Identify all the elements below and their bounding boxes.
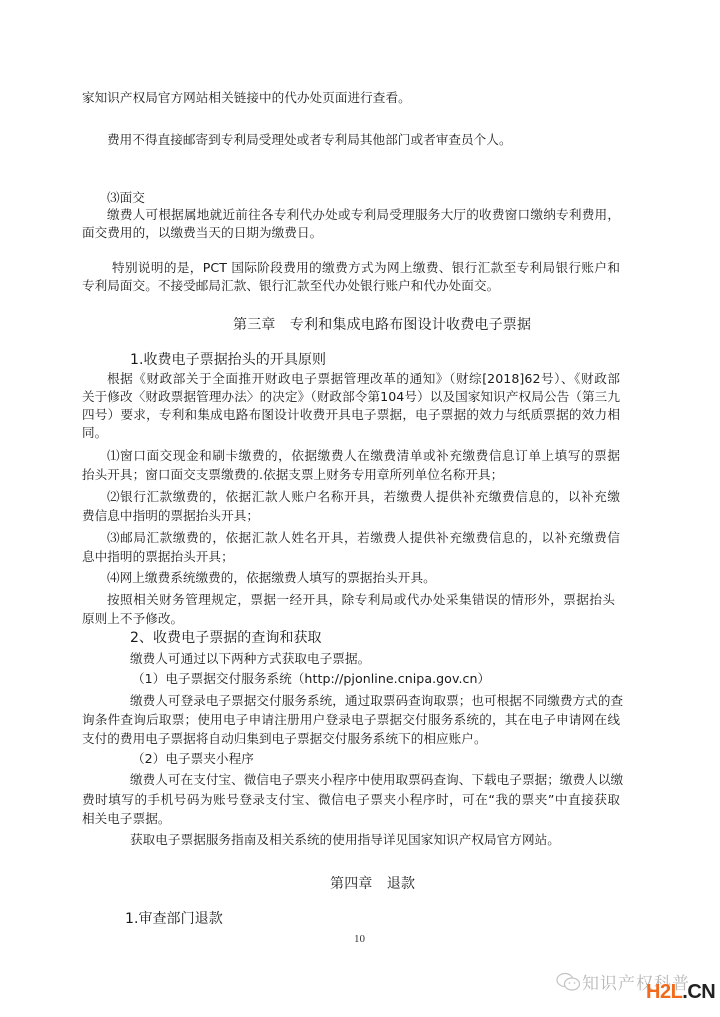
section-heading: 1.审查部门退款 xyxy=(125,911,223,927)
list-item-line: ⑶邮局汇款缴费的，依据汇款人姓名开具，若缴费人提供补充缴费信息的，以补充缴费信 xyxy=(82,530,620,546)
section-heading: 2、收费电子票据的查询和获取 xyxy=(130,630,322,646)
paragraph-line: 按照相关财务管理规定，票据一经开具，除专利局或代办处采集错误的情形外，票据抬头 xyxy=(82,592,615,608)
page-number: 10 xyxy=(354,933,365,945)
paragraph-line: 缴费人可在支付宝、微信电子票夹小程序中使用取票码查询、下载电子票据；缴费人以缴 xyxy=(82,772,620,788)
chapter-title: 第四章 退款 xyxy=(330,876,415,892)
watermark-brand-dark: .CN xyxy=(682,981,715,1003)
paragraph-line: 费时填写的手机号码为账号登录支付宝、微信电子票夹小程序时，可在“我的票夹”中直接… xyxy=(82,792,620,808)
subsection-heading: （1）电子票据交付服务系统（http://pjonline.cnipa.gov.… xyxy=(132,671,490,687)
wechat-icon xyxy=(556,971,582,993)
list-item-line: ⑴窗口面交现金和刷卡缴费的，依据缴费人在缴费清单或补充缴费信息订单上填写的票据 xyxy=(82,448,620,464)
paragraph-line: 面交费用的，以缴费当天的日期为缴费日。 xyxy=(82,225,322,241)
paragraph-line: 特别说明的是，PCT 国际阶段费用的缴费方式为网上缴费、银行汇款至专利局银行账户… xyxy=(82,260,620,276)
paragraph-line: 家知识产权局官方网站相关链接中的代办处页面进行查看。 xyxy=(82,90,411,106)
paragraph-line: 关于修改〈财政票据管理办法〉的决定》（财政部令第104号）以及国家知识产权局公告… xyxy=(82,389,620,405)
paragraph-line: 根据《财政部关于全面推开财政电子票据管理改革的通知》（财综[2018]62号）、… xyxy=(82,371,620,387)
watermark-site-logo: H2L.CN xyxy=(646,981,715,1004)
paragraph-line: 支付的费用电子票据将自动归集到电子票据交付服务系统下的相应账户。 xyxy=(82,731,487,747)
list-item-line: ⑷网上缴费系统缴费的，依据缴费人填写的票据抬头开具。 xyxy=(107,570,436,586)
paragraph-line: 专利局面交。不接受邮局汇款、银行汇款至代办处银行账户和代办处面交。 xyxy=(82,278,499,294)
list-item-line: 息中指明的票据抬头开具； xyxy=(82,549,234,565)
list-item-line: ⑵银行汇款缴费的，依据汇款人账户名称开具，若缴费人提供补充缴费信息的，以补充缴 xyxy=(82,489,620,505)
watermark-brand-orange: H2L xyxy=(646,981,682,1003)
chapter-title: 第三章 专利和集成电路布图设计收费电子票据 xyxy=(233,317,531,333)
watermark: 知识产权科普 H2L.CN xyxy=(556,967,716,1007)
paragraph-line: 相关电子票据。 xyxy=(82,811,171,827)
paragraph-line: 获取电子票据服务指南及相关系统的使用指导详见国家知识产权局官方网站。 xyxy=(130,832,560,848)
paragraph-line: 费用不得直接邮寄到专利局受理处或者专利局其他部门或者审查员个人。 xyxy=(107,132,512,148)
paragraph-line: 四号）要求，专利和集成电路布图设计收费开具电子票据，电子票据的效力与纸质票据的效… xyxy=(82,407,620,423)
paragraph-line: 缴费人可根据属地就近前往各专利代办处或专利局受理服务大厅的收费窗口缴纳专利费用， xyxy=(82,207,620,223)
paragraph-line: 询条件查询后取票；使用电子申请注册用户登录电子票据交付服务系统的，其在电子申请网… xyxy=(82,712,620,728)
list-item-line: 费信息中指明的票据抬头开具； xyxy=(82,508,259,524)
subsection-heading: （2）电子票夹小程序 xyxy=(132,751,254,767)
paragraph-line: 缴费人可通过以下两种方式获取电子票据。 xyxy=(130,651,370,667)
subsection-heading: ⑶面交 xyxy=(107,190,145,206)
section-heading: 1.收费电子票据抬头的开具原则 xyxy=(130,352,326,368)
paragraph-line: 缴费人可登录电子票据交付服务系统，通过取票码查询取票；也可根据不同缴费方式的查 xyxy=(82,693,620,709)
paragraph-line: 原则上不予修改。 xyxy=(82,611,183,627)
paragraph-line: 同。 xyxy=(82,425,107,441)
list-item-line: 抬头开具；窗口面交支票缴费的.依据支票上财务专用章所列单位名称开具； xyxy=(82,467,503,483)
